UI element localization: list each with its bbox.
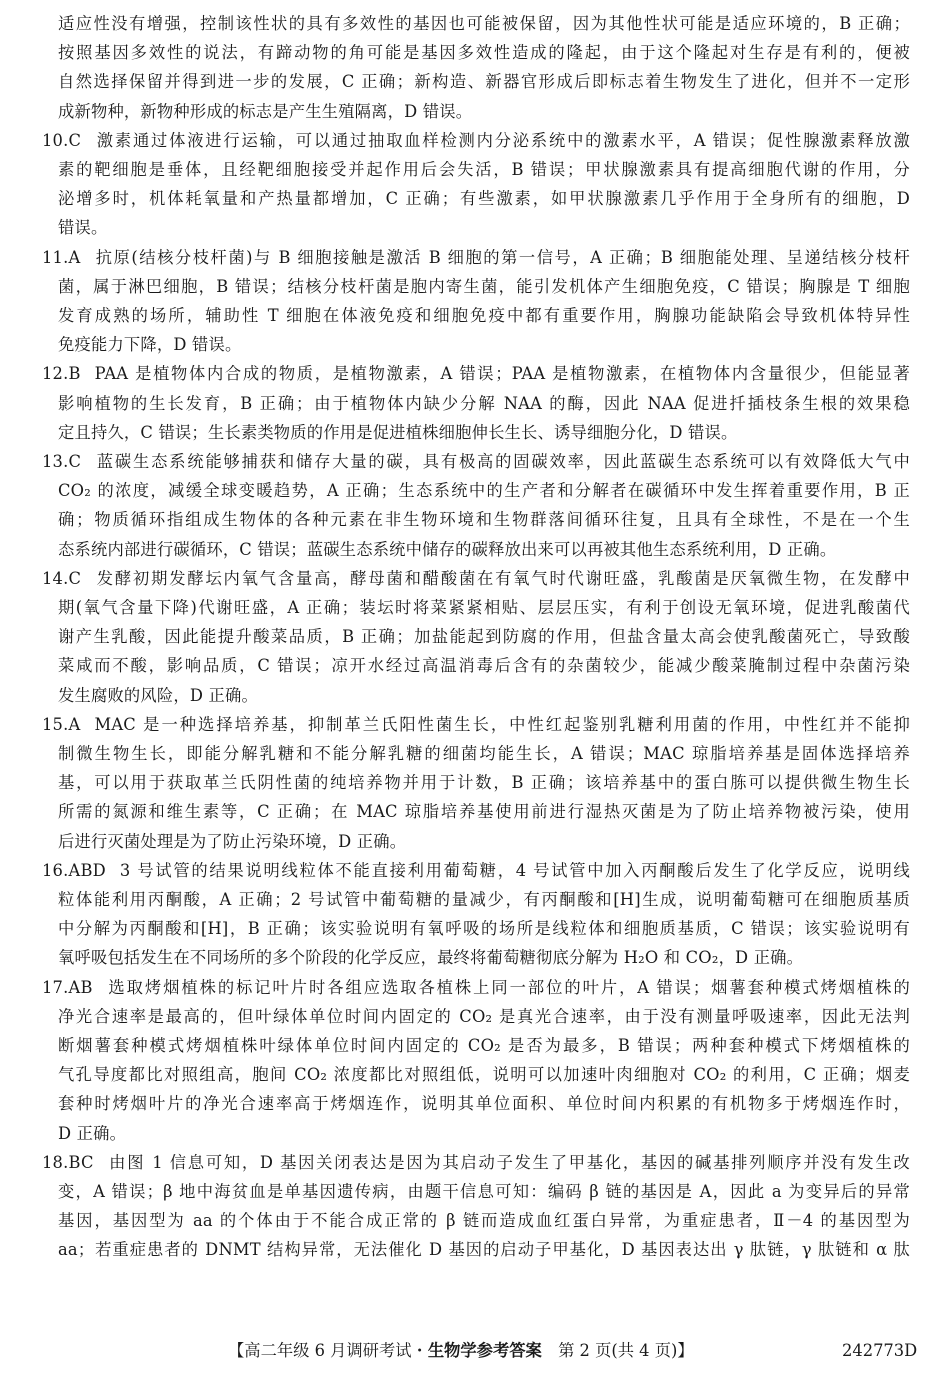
item-number: 16. [42,856,69,885]
item-number: 13. [42,447,69,476]
item-answer: ABD [69,856,106,885]
item-number: 17. [42,973,69,1002]
line-text: CO₂ 的浓度，减缓全球变暖趋势，A 正确；生态系统中的生产者和分解者在碳循环中… [58,481,910,500]
line-text: 激素通过体液进行运输，可以通过抽取血样检测内分泌系统中的激素水平，A 错误；促性… [95,131,910,150]
answer-item-first-line: 13.C蓝碳生态系统能够捕获和储存大量的碳，具有极高的固碳效率，因此蓝碳生态系统… [42,447,910,476]
line-text: 变，A 错误；β 地中海贫血是单基因遗传病，由题干信息可知：编码 β 链的基因是… [58,1182,910,1201]
line-text: 态系统内部进行碳循环，C 错误；蓝碳生态系统中储存的碳释放出来可以再被其他生态系… [58,540,836,559]
footer-exam-name: 【高二年级 6 月调研考试・ [228,1341,428,1360]
line-text: 成新物种，新物种形成的标志是产生生殖隔离，D 错误。 [58,102,472,121]
answer-item-line: 断烟薯套种模式烤烟植株叶绿体单位时间内固定的 CO₂ 是否为最多，B 错误；两种… [58,1031,910,1060]
item-number: 12. [42,359,69,388]
item-number: 14. [42,564,69,593]
answer-item-line: 影响植物的生长发育，B 正确；由于植物体内缺少分解 NAA 的酶，因此 NAA … [58,389,910,418]
footer-page-number: 第 2 页(共 4 页)】 [542,1341,694,1360]
line-text: 确；物质循环指组成生物体的各种元素在非生物环境和生物群落间循环往复，且具有全球性… [58,510,910,529]
footer-subject: 生物学参考答案 [428,1341,542,1360]
answer-item-line: 制微生物生长，即能分解乳糖和不能分解乳糖的细菌均能生长，A 错误；MAC 琼脂培… [58,739,910,768]
answer-item-line: 定且持久，C 错误；生长素类物质的作用是促进植株细胞伸长生长、诱导细胞分化，D … [58,418,910,447]
line-text: 期(氧气含量下降)代谢旺盛，A 正确；装坛时将菜紧紧相贴、层层压实，有利于创设无… [58,598,910,617]
line-text: 后进行灭菌处理是为了防止污染环境，D 正确。 [58,832,406,851]
answer-item-first-line: 17.AB选取烤烟植株的标记叶片时各组应选取各植株上同一部位的叶片，A 错误；烟… [42,973,910,1002]
continuation-line: 自然选择保留并得到进一步的发展，C 正确；新构造、新器官形成后即标志着生物发生了… [58,67,910,96]
line-text: aa；若重症患者的 DNMT 结构异常，无法催化 D 基因的启动子甲基化，D 基… [58,1240,910,1259]
line-text: 基，可以用于获取革兰氏阴性菌的纯培养物并用于计数，B 正确；该培养基中的蛋白胨可… [58,773,910,792]
continuation-line: 按照基因多效性的说法，有蹄动物的角可能是基因多效性造成的隆起，由于这个隆起对生存… [58,38,910,67]
line-text: 错误。 [58,218,107,237]
item-answer: A [69,710,81,739]
answer-item-line: 错误。 [58,213,910,242]
answer-item-first-line: 18.BC由图 1 信息可知，D 基因关闭表达是因为其启动子发生了甲基化，基因的… [42,1148,910,1177]
line-text: 中分解为丙酮酸和[H]，B 正确；该实验说明有氧呼吸的场所是线粒体和细胞质基质，… [58,919,910,938]
item-number: 11. [42,243,69,272]
continuation-line: 适应性没有增强，控制该性状的具有多效性的基因也可能被保留，因为其他性状可能是适应… [58,9,910,38]
line-text: 适应性没有增强，控制该性状的具有多效性的基因也可能被保留，因为其他性状可能是适应… [58,14,910,33]
item-answer: C [69,564,82,593]
line-text: 蓝碳生态系统能够捕获和储存大量的碳，具有极高的固碳效率，因此蓝碳生态系统可以有效… [95,452,910,471]
line-text: 免疫能力下降，D 错误。 [58,335,241,354]
answer-item-line: 谢产生乳酸，因此能提升酸菜品质，B 正确；加盐能起到防腐的作用，但盐含量太高会使… [58,622,910,651]
line-text: 套种时烤烟叶片的净光合速率高于烤烟连作，说明其单位面积、单位时间内积累的有机物多… [58,1094,910,1113]
answer-item-line: 粒体能利用丙酮酸，A 正确；2 号试管中葡萄糖的量减少，有丙酮酸和[H]生成，说… [58,885,910,914]
answer-item-line: 中分解为丙酮酸和[H]，B 正确；该实验说明有氧呼吸的场所是线粒体和细胞质基质，… [58,914,910,943]
answer-item-line: 发生腐败的风险，D 正确。 [58,681,910,710]
answer-item-line: 所需的氮源和维生素等，C 正确；在 MAC 琼脂培养基使用前进行湿热灭菌是为了防… [58,797,910,826]
line-text: 选取烤烟植株的标记叶片时各组应选取各植株上同一部位的叶片，A 错误；烟薯套种模式… [107,978,910,997]
line-text: 基因，基因型为 aa 的个体由于不能合成正常的 β 链而造成血红蛋白异常，为重症… [58,1211,910,1230]
answer-item-first-line: 11.A抗原(结核分枝杆菌)与 B 细胞接触是激活 B 细胞的第一信号，A 正确… [42,243,910,272]
item-answer: A [69,243,81,272]
item-answer: BC [69,1148,94,1177]
item-answer: C [69,447,82,476]
line-text: MAC 是一种选择培养基，抑制革兰氏阳性菌生长，中性红起鉴别乳糖利用菌的作用，中… [94,715,910,734]
line-text: 发育成熟的场所，辅助性 T 细胞在体液免疫和细胞免疫中都有重要作用，胸腺功能缺陷… [58,306,910,325]
answer-item-line: 净光合速率是最高的，但叶绿体单位时间内固定的 CO₂ 是真光合速率，由于没有测量… [58,1002,910,1031]
answer-item-first-line: 14.C发酵初期发酵坛内氧气含量高，酵母菌和醋酸菌在有氧气时代谢旺盛，乳酸菌是厌… [42,564,910,593]
answer-item-line: 后进行灭菌处理是为了防止污染环境，D 正确。 [58,827,910,856]
answer-item-line: 基，可以用于获取革兰氏阴性菌的纯培养物并用于计数，B 正确；该培养基中的蛋白胨可… [58,768,910,797]
footer-title: 【高二年级 6 月调研考试・生物学参考答案 第 2 页(共 4 页)】 [228,1336,694,1366]
answer-item-line: 免疫能力下降，D 错误。 [58,330,910,359]
line-text: 净光合速率是最高的，但叶绿体单位时间内固定的 CO₂ 是真光合速率，由于没有测量… [58,1007,910,1026]
answer-item-line: 菌，属于淋巴细胞，B 错误；结核分枝杆菌是胞内寄生菌，能引发机体产生细胞免疫，C… [58,272,910,301]
line-text: 粒体能利用丙酮酸，A 正确；2 号试管中葡萄糖的量减少，有丙酮酸和[H]生成，说… [58,890,910,909]
line-text: 自然选择保留并得到进一步的发展，C 正确；新构造、新器官形成后即标志着生物发生了… [58,72,910,91]
line-text: 3 号试管的结果说明线粒体不能直接利用葡萄糖，4 号试管中加入丙酮酸后发生了化学… [120,861,910,880]
item-number: 15. [42,710,69,739]
item-number: 10. [42,126,69,155]
answer-item-first-line: 10.C激素通过体液进行运输，可以通过抽取血样检测内分泌系统中的激素水平，A 错… [42,126,910,155]
item-number: 18. [42,1148,69,1177]
answer-item-line: D 正确。 [58,1119,910,1148]
answer-item-first-line: 16.ABD3 号试管的结果说明线粒体不能直接利用葡萄糖，4 号试管中加入丙酮酸… [42,856,910,885]
line-text: 谢产生乳酸，因此能提升酸菜品质，B 正确；加盐能起到防腐的作用，但盐含量太高会使… [58,627,910,646]
answer-item-line: 菜咸而不酸，影响品质，C 错误；凉开水经过高温消毒后含有的杂菌较少，能减少酸菜腌… [58,651,910,680]
answer-item-line: 氧呼吸包括发生在不同场所的多个阶段的化学反应，最终将葡萄糖彻底分解为 H₂O 和… [58,943,910,972]
answer-item-first-line: 15.AMAC 是一种选择培养基，抑制革兰氏阳性菌生长，中性红起鉴别乳糖利用菌的… [42,710,910,739]
answer-item-line: aa；若重症患者的 DNMT 结构异常，无法催化 D 基因的启动子甲基化，D 基… [58,1235,910,1264]
answer-item-line: 气孔导度都比对照组高，胞间 CO₂ 浓度都比对照组低，说明可以加速叶肉细胞对 C… [58,1060,910,1089]
answer-key-page: 适应性没有增强，控制该性状的具有多效性的基因也可能被保留，因为其他性状可能是适应… [0,0,950,1379]
answer-item-first-line: 12.BPAA 是植物体内合成的物质，是植物激素，A 错误；PAA 是植物激素，… [42,359,910,388]
item-answer: AB [69,973,93,1002]
line-text: D 正确。 [58,1124,126,1143]
line-text: 菌，属于淋巴细胞，B 错误；结核分枝杆菌是胞内寄生菌，能引发机体产生细胞免疫，C… [58,277,910,296]
line-text: 菜咸而不酸，影响品质，C 错误；凉开水经过高温消毒后含有的杂菌较少，能减少酸菜腌… [58,656,910,675]
answer-item-line: 泌增多时，机体耗氧量和产热量都增加，C 正确；有些激素，如甲状腺激素几乎作用于全… [58,184,910,213]
footer-document-code: 242773D [842,1336,917,1366]
line-text: 定且持久，C 错误；生长素类物质的作用是促进植株细胞伸长生长、诱导细胞分化，D … [58,423,737,442]
line-text: 发酵初期发酵坛内氧气含量高，酵母菌和醋酸菌在有氧气时代谢旺盛，乳酸菌是厌氧微生物… [95,569,910,588]
line-text: 由图 1 信息可知，D 基因关闭表达是因为其启动子发生了甲基化，基因的碱基排列顺… [108,1153,910,1172]
line-text: 发生腐败的风险，D 正确。 [58,686,258,705]
line-text: 氧呼吸包括发生在不同场所的多个阶段的化学反应，最终将葡萄糖彻底分解为 H₂O 和… [58,948,803,967]
answer-item-line: 发育成熟的场所，辅助性 T 细胞在体液免疫和细胞免疫中都有重要作用，胸腺功能缺陷… [58,301,910,330]
line-text: 素的靶细胞是垂体，且经靶细胞接受并起作用后会失活，B 错误；甲状腺激素具有提高细… [58,160,910,179]
line-text: 按照基因多效性的说法，有蹄动物的角可能是基因多效性造成的隆起，由于这个隆起对生存… [58,43,910,62]
line-text: 断烟薯套种模式烤烟植株叶绿体单位时间内固定的 CO₂ 是否为最多，B 错误；两种… [58,1036,910,1055]
answer-item-line: 态系统内部进行碳循环，C 错误；蓝碳生态系统中储存的碳释放出来可以再被其他生态系… [58,535,910,564]
line-text: 气孔导度都比对照组高，胞间 CO₂ 浓度都比对照组低，说明可以加速叶肉细胞对 C… [58,1065,910,1084]
line-text: 制微生物生长，即能分解乳糖和不能分解乳糖的细菌均能生长，A 错误；MAC 琼脂培… [58,744,910,763]
answer-item-line: 变，A 错误；β 地中海贫血是单基因遗传病，由题干信息可知：编码 β 链的基因是… [58,1177,910,1206]
line-text: 抗原(结核分枝杆菌)与 B 细胞接触是激活 B 细胞的第一信号，A 正确；B 细… [94,248,910,267]
page-footer: 【高二年级 6 月调研考试・生物学参考答案 第 2 页(共 4 页)】 2427… [0,1336,950,1366]
answer-item-line: 套种时烤烟叶片的净光合速率高于烤烟连作，说明其单位面积、单位时间内积累的有机物多… [58,1089,910,1118]
line-text: 所需的氮源和维生素等，C 正确；在 MAC 琼脂培养基使用前进行湿热灭菌是为了防… [58,802,910,821]
answer-item-line: 期(氧气含量下降)代谢旺盛，A 正确；装坛时将菜紧紧相贴、层层压实，有利于创设无… [58,593,910,622]
answer-item-line: CO₂ 的浓度，减缓全球变暖趋势，A 正确；生态系统中的生产者和分解者在碳循环中… [58,476,910,505]
item-answer: B [69,359,81,388]
answer-item-line: 确；物质循环指组成生物体的各种元素在非生物环境和生物群落间循环往复，且具有全球性… [58,505,910,534]
answer-item-line: 基因，基因型为 aa 的个体由于不能合成正常的 β 链而造成血红蛋白异常，为重症… [58,1206,910,1235]
line-text: 泌增多时，机体耗氧量和产热量都增加，C 正确；有些激素，如甲状腺激素几乎作用于全… [58,189,910,208]
line-text: 影响植物的生长发育，B 正确；由于植物体内缺少分解 NAA 的酶，因此 NAA … [58,394,910,413]
line-text: PAA 是植物体内合成的物质，是植物激素，A 错误；PAA 是植物激素，在植物体… [95,364,910,383]
continuation-line: 成新物种，新物种形成的标志是产生生殖隔离，D 错误。 [58,97,910,126]
answer-item-line: 素的靶细胞是垂体，且经靶细胞接受并起作用后会失活，B 错误；甲状腺激素具有提高细… [58,155,910,184]
item-answer: C [69,126,82,155]
